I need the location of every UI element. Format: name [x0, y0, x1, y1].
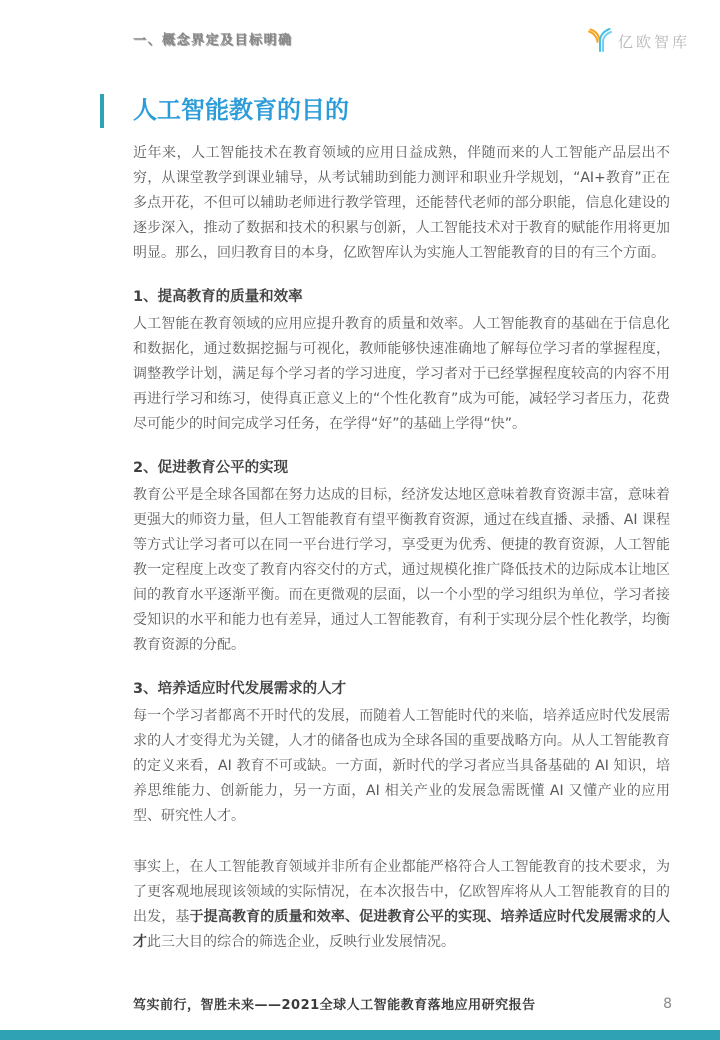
section-body: 教育公平是全球各国都在努力达成的目标，经济发达地区意味着教育资源丰富，意味着更强… — [133, 483, 670, 658]
section-heading: 2、促进教育公平的实现 — [133, 457, 670, 479]
page-title: 人工智能教育的目的 — [133, 95, 670, 125]
section-heading: 1、提高教育的质量和效率 — [133, 286, 670, 308]
report-page: 一、概念界定及目标明确 亿欧智库 人工智能教育的目的 近年来，人工智能技术在教育… — [0, 0, 720, 1040]
section-body: 每一个学习者都离不开时代的发展，而随着人工智能时代的来临，培养适应时代发展需求的… — [133, 704, 670, 829]
section-2: 2、促进教育公平的实现教育公平是全球各国都在努力达成的目标，经济发达地区意味着教… — [133, 457, 670, 658]
brand-logo: 亿欧智库 — [587, 24, 690, 58]
sections: 1、提高教育的质量和效率人工智能在教育领域的应用应提升教育的质量和效率。人工智能… — [133, 286, 670, 829]
footer-report-title: 笃实前行，智胜未来——2021全球人工智能教育落地应用研究报告 — [133, 994, 536, 1013]
page-content: 人工智能教育的目的 近年来，人工智能技术在教育领域的应用日益成熟，伴随而来的人工… — [133, 95, 670, 955]
intro-paragraph: 近年来，人工智能技术在教育领域的应用日益成熟，伴随而来的人工智能产品层出不穷，从… — [133, 141, 670, 266]
section-heading: 3、培养适应时代发展需求的人才 — [133, 678, 670, 700]
page-number: 8 — [663, 996, 672, 1012]
closing-paragraph: 事实上，在人工智能教育领域并非所有企业都能严格符合人工智能教育的技术要求，为了更… — [133, 855, 670, 955]
logo-y-icon — [587, 24, 613, 58]
section-3: 3、培养适应时代发展需求的人才每一个学习者都离不开时代的发展，而随着人工智能时代… — [133, 678, 670, 829]
title-accent-bar — [100, 94, 104, 128]
section-1: 1、提高教育的质量和效率人工智能在教育领域的应用应提升教育的质量和效率。人工智能… — [133, 286, 670, 437]
section-body: 人工智能在教育领域的应用应提升教育的质量和效率。人工智能教育的基础在于信息化和数… — [133, 312, 670, 437]
logo-text: 亿欧智库 — [618, 31, 690, 52]
page-footer: 笃实前行，智胜未来——2021全球人工智能教育落地应用研究报告 8 — [133, 994, 672, 1013]
closing-segment: 此三大目的综合的筛选企业，反映行业发展情况。 — [147, 934, 455, 950]
bottom-color-bar — [0, 1030, 720, 1040]
chapter-header: 一、概念界定及目标明确 — [133, 29, 293, 48]
